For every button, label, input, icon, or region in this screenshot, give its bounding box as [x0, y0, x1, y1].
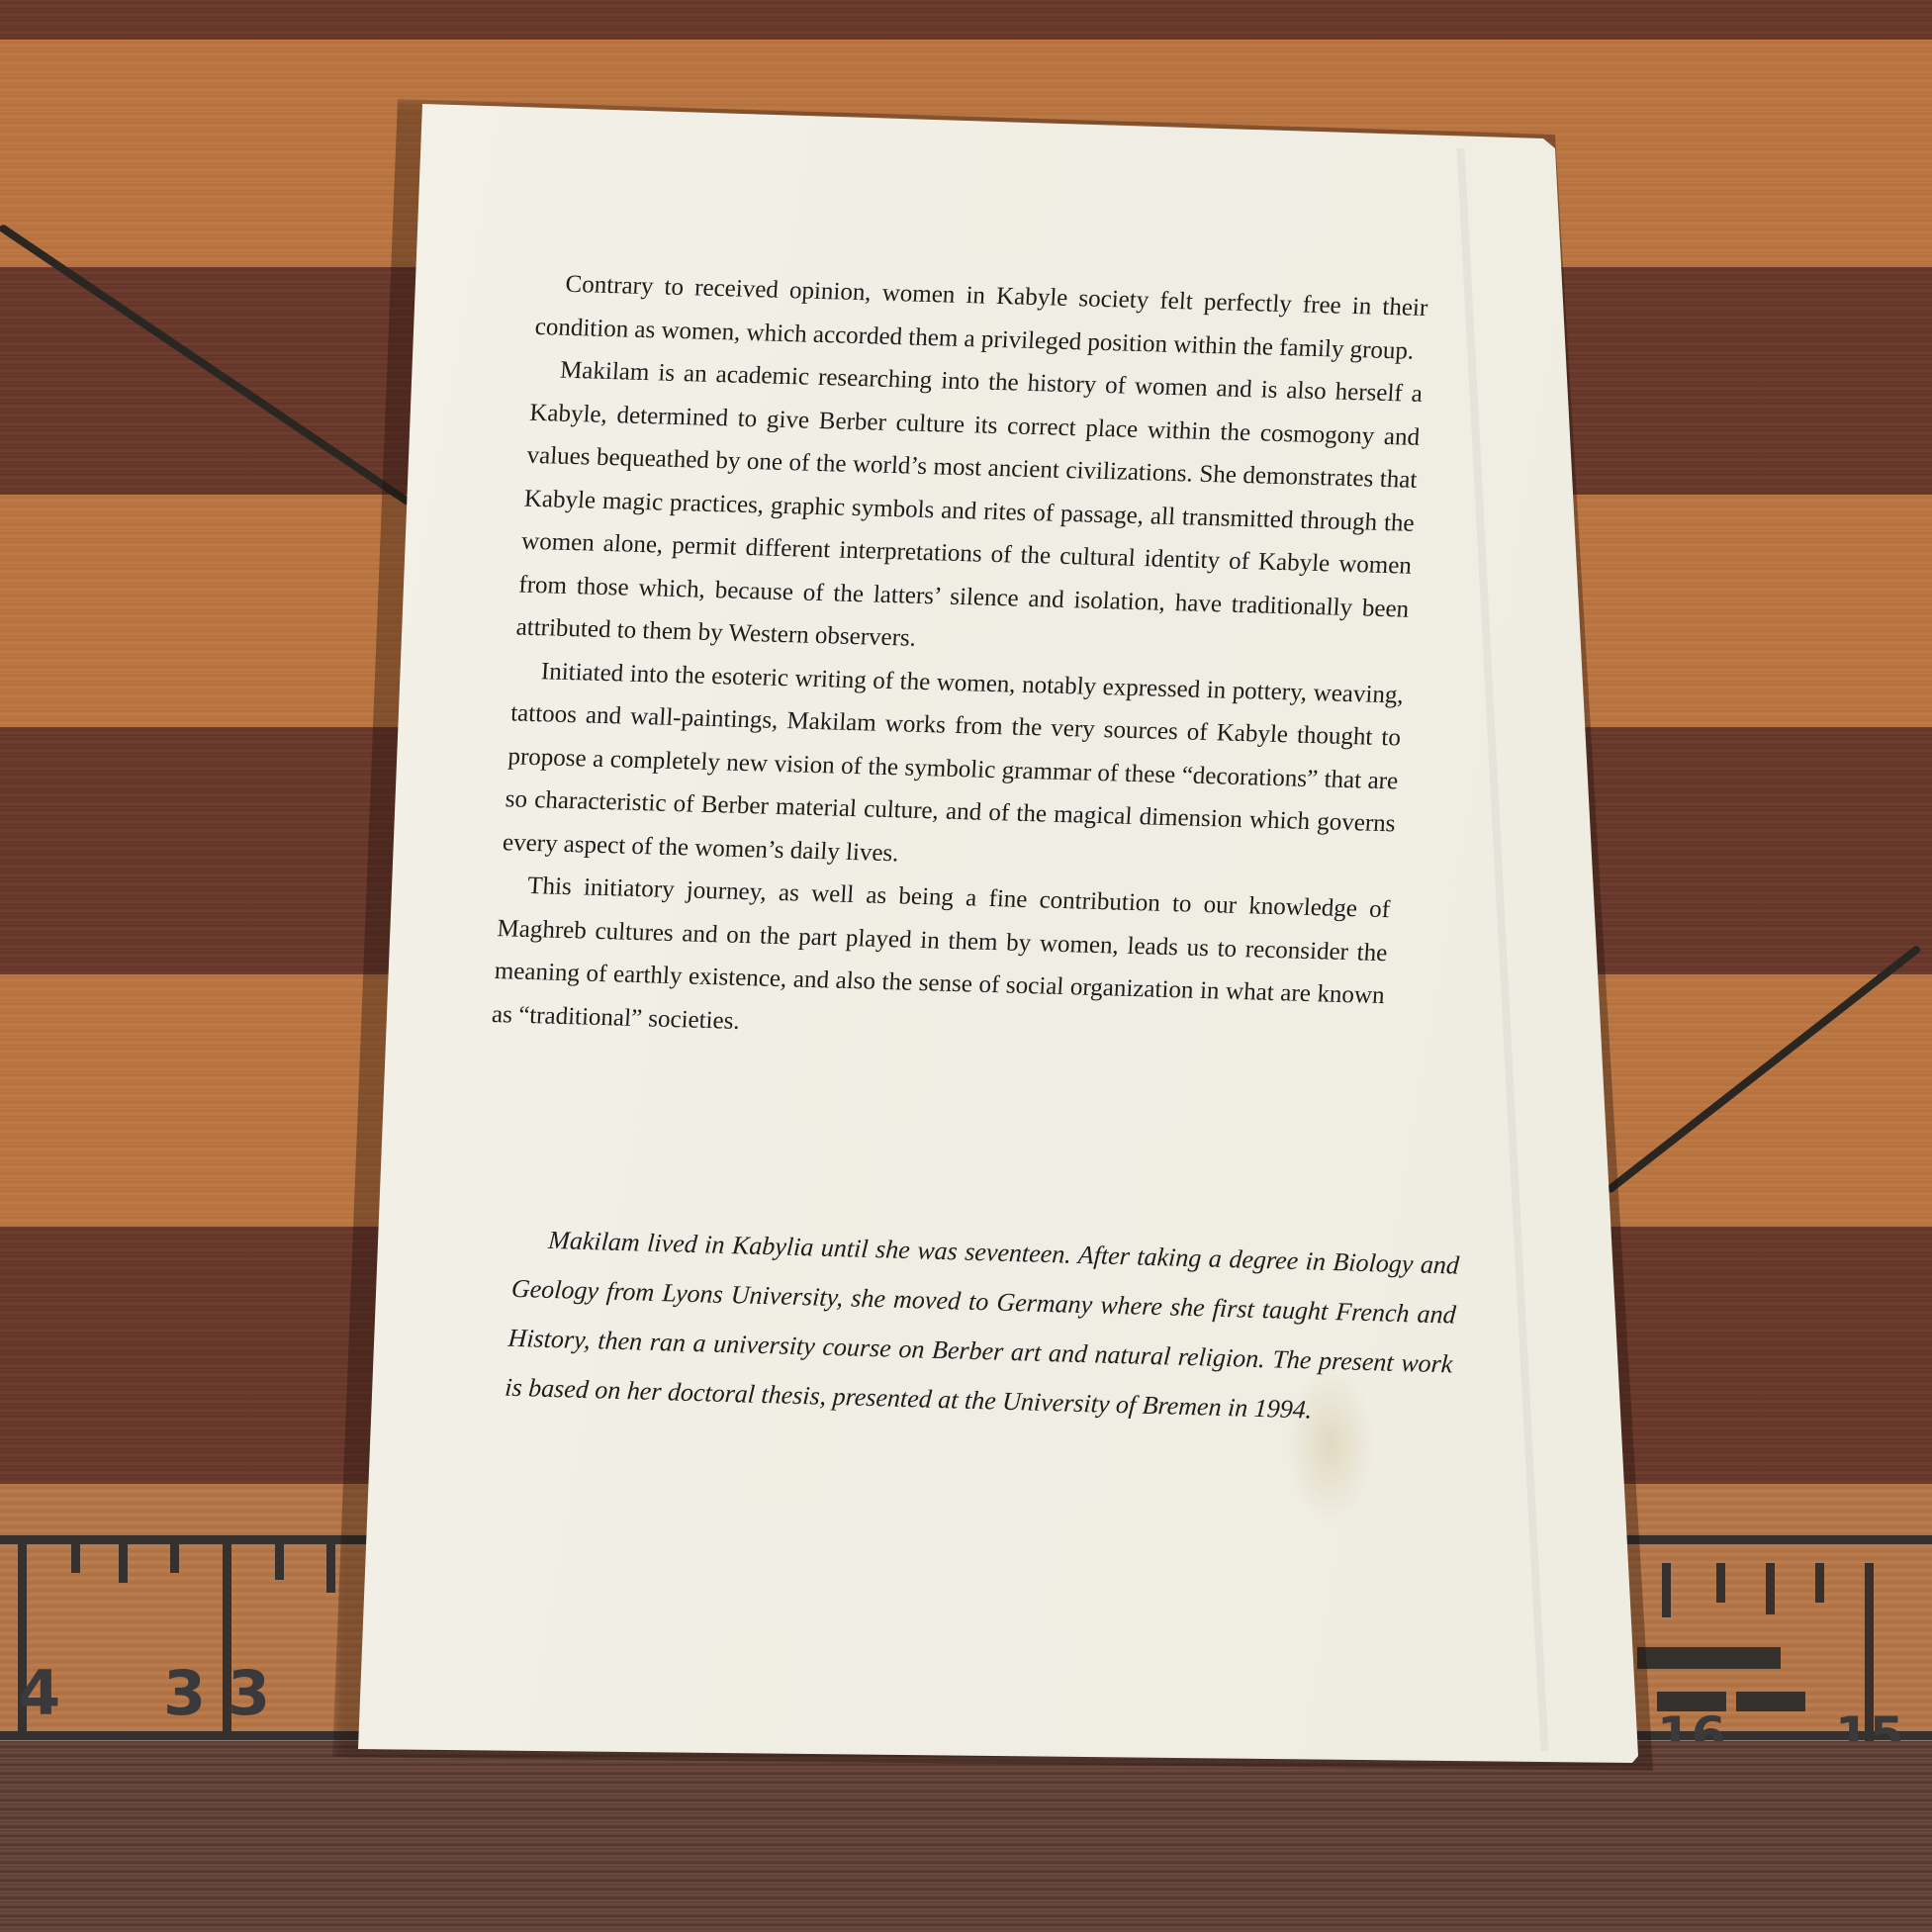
ruler-tick: [170, 1535, 179, 1573]
blurb-paragraph: Initiated into the esoteric writing of t…: [502, 649, 1405, 888]
ruler-tick: [1662, 1563, 1671, 1617]
blurb-paragraph: This initiatory journey, as well as bein…: [491, 864, 1392, 1060]
blurb-paragraph: Makilam is an academic researching into …: [514, 348, 1424, 674]
author-bio-text: Makilam lived in Kabylia until she was s…: [504, 1215, 1461, 1438]
ruler-tick: [71, 1535, 80, 1573]
ruler-number: 3: [228, 1657, 270, 1729]
ruler-tick: [275, 1535, 284, 1580]
author-bio: Makilam lived in Kabylia until she was s…: [504, 1215, 1461, 1438]
ruler-tick: [119, 1535, 128, 1583]
ruler-tick: [1766, 1563, 1775, 1614]
ruler-label-mark: [1736, 1692, 1805, 1711]
ruler-tick: [326, 1535, 335, 1593]
blurb-text: Contrary to received opinion, women in K…: [491, 262, 1429, 1060]
ruler-label-mark: [1637, 1647, 1781, 1669]
wood-band-dark: [0, 0, 1932, 40]
spine-crease: [1457, 148, 1549, 1751]
ruler-tick: [1815, 1563, 1824, 1603]
ruler-number: 3: [163, 1657, 206, 1729]
ruler-tick: [1716, 1563, 1725, 1603]
ruler-number: 4: [18, 1657, 60, 1729]
